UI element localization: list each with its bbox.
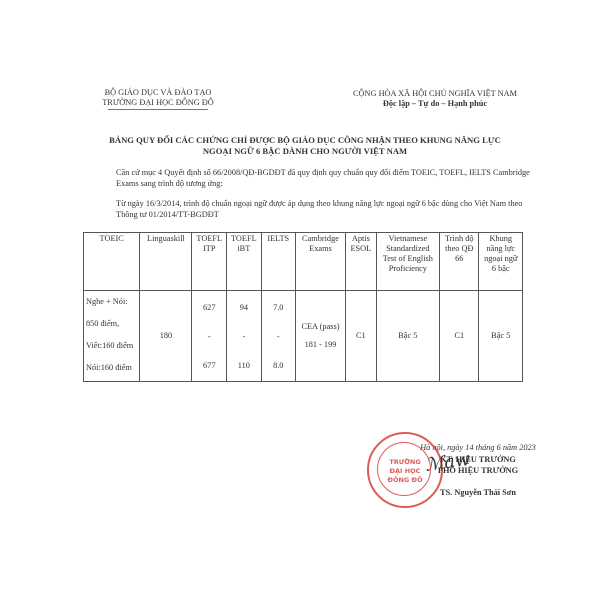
cell-ielts: 7.0 - 8.0 [261,291,295,382]
value: - [264,322,293,351]
header-toefl-ibt: TOEFL iBT [227,233,262,291]
stamp-text: ĐÔNG ĐÔ [369,476,441,484]
toeic-line: Viết:160 điểm [84,335,139,357]
toeic-line: Nói:160 điểm [84,357,139,379]
table-row: Nghe + Nói: 850 điểm, Viết:160 điểm Nói:… [84,291,523,382]
cell-vstep: Bậc 5 [376,291,440,382]
toeic-line: Nghe + Nói: [84,291,139,313]
cell-aptis: C1 [346,291,377,382]
signer-name: TS. Nguyễn Thái Sơn [378,488,578,497]
value: 677 [194,351,224,380]
university-name: TRƯỜNG ĐẠI HỌC ĐÔNG ĐÔ [88,98,228,108]
header-linguaskill: Linguaskill [140,233,192,291]
header-qd66: Trình độ theo QĐ 66 [440,233,479,291]
cell-toefl-ibt: 94 - 110 [227,291,262,382]
header-framework: Khung năng lực ngoại ngữ 6 bậc [479,233,523,291]
header-cambridge: Cambridge Exams [295,233,345,291]
ministry-name: BỘ GIÁO DỤC VÀ ĐÀO TẠO [88,88,228,98]
document-title: BẢNG QUY ĐỔI CÁC CHỨNG CHỈ ĐƯỢC BỘ GIÁO … [60,135,550,157]
cell-cambridge: CEA (pass) 181 - 199 [295,291,345,382]
value: 7.0 [264,293,293,322]
header-ielts: IELTS [261,233,295,291]
cell-framework: Bậc 5 [479,291,523,382]
value: 181 - 199 [298,340,343,350]
header-right: CỘNG HÒA XÃ HỘI CHỦ NGHĨA VIỆT NAM Độc l… [300,89,570,109]
header-underline [108,109,208,110]
title-line-1: BẢNG QUY ĐỔI CÁC CHỨNG CHỈ ĐƯỢC BỘ GIÁO … [60,135,550,146]
national-motto: Độc lập – Tự do – Hạnh phúc [300,99,570,109]
value: 8.0 [264,351,293,380]
paragraph-legal-basis: Căn cứ mục 4 Quyết định số 66/2008/QĐ-BG… [84,168,544,189]
paragraph-effective-date: Từ ngày 16/3/2014, trình độ chuẩn ngoại … [84,199,544,220]
value: 94 [229,293,259,322]
header-vstep: Vietnamese Standardized Test of English … [376,233,440,291]
value: - [194,322,224,351]
toeic-line: 850 điểm, [84,313,139,335]
paragraph-1-text: Căn cứ mục 4 Quyết định số 66/2008/QĐ-BG… [84,168,544,189]
conversion-table: TOEIC Linguaskill TOEFL ITP TOEFL iBT IE… [83,232,523,382]
header-toeic: TOEIC [84,233,140,291]
table-header-row: TOEIC Linguaskill TOEFL ITP TOEFL iBT IE… [84,233,523,291]
header-left: BỘ GIÁO DỤC VÀ ĐÀO TẠO TRƯỜNG ĐẠI HỌC ĐÔ… [88,88,228,110]
header-aptis: Aptis ESOL [346,233,377,291]
cell-toeic: Nghe + Nói: 850 điểm, Viết:160 điểm Nói:… [84,291,140,382]
paragraph-2-text: Từ ngày 16/3/2014, trình độ chuẩn ngoại … [84,199,544,220]
header-toefl-itp: TOEFL ITP [192,233,227,291]
cell-toefl-itp: 627 - 677 [192,291,227,382]
cell-qd66: C1 [440,291,479,382]
country-name: CỘNG HÒA XÃ HỘI CHỦ NGHĨA VIỆT NAM [300,89,570,99]
title-line-2: NGOẠI NGỮ 6 BẬC DÀNH CHO NGƯỜI VIỆT NAM [60,146,550,157]
value: 627 [194,293,224,322]
value: - [229,322,259,351]
cell-linguaskill: 180 [140,291,192,382]
value: CEA (pass) [298,322,343,332]
value: 110 [229,351,259,380]
